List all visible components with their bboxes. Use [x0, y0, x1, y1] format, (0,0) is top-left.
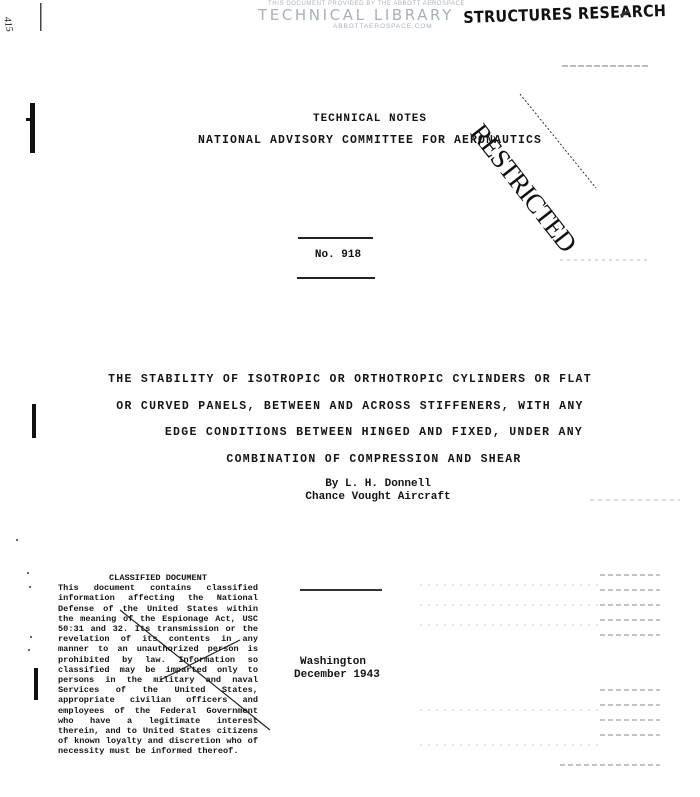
signature-rule [300, 589, 382, 591]
title-line-1: THE STABILITY OF ISOTROPIC OR ORTHOTROPI… [0, 373, 700, 386]
number-top-rule [298, 237, 373, 239]
number-bottom-rule [297, 277, 375, 279]
author-affiliation: Chance Vought Aircraft [0, 491, 700, 503]
title-line-3: EDGE CONDITIONS BETWEEN HINGED AND FIXED… [0, 426, 700, 439]
title-line-4: COMBINATION OF COMPRESSION AND SHEAR [0, 453, 700, 466]
author-byline: By L. H. Donnell [0, 478, 700, 490]
report-number: No. 918 [0, 249, 676, 261]
title-line-2: OR CURVED PANELS, BETWEEN AND ACROSS STI… [0, 400, 700, 413]
classified-notice: CLASSIFIED DOCUMENT This document contai… [58, 573, 258, 757]
classified-body: This document contains classified inform… [58, 583, 258, 756]
classified-heading: CLASSIFIED DOCUMENT [58, 573, 258, 583]
margin-handwritten-note: 415 [1, 16, 14, 33]
series-heading: TECHNICAL NOTES [0, 113, 700, 125]
organization-heading: NATIONAL ADVISORY COMMITTEE FOR AERONAUT… [0, 134, 700, 147]
publication-date: December 1943 [294, 669, 380, 681]
publication-place: Washington [300, 656, 366, 668]
